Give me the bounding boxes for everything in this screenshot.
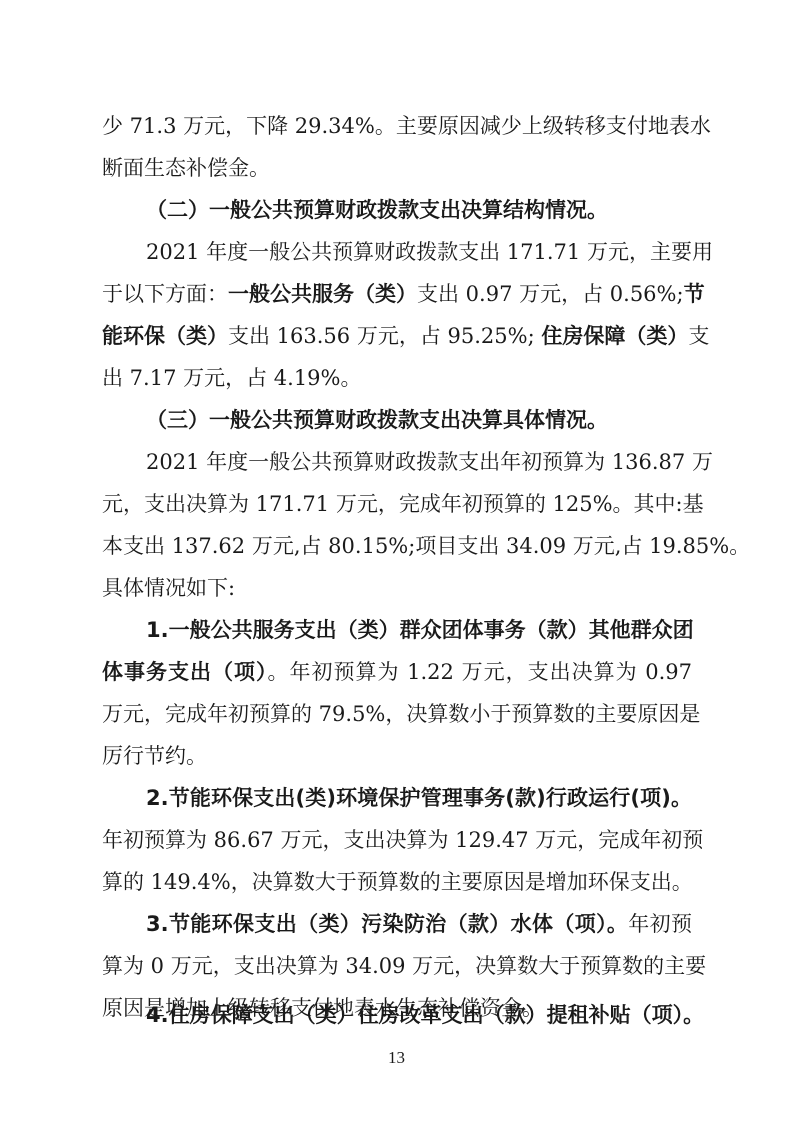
text-run: 于以下方面： <box>102 282 228 306</box>
category-label-housing: 住房保障（类） <box>541 324 688 348</box>
item-heading-3: 3.节能环保支出（类）污染防治（款）水体（项）。 <box>146 912 628 936</box>
body-text-line: 万元，完成年初预算的 79.5%，决算数小于预算数的主要原因是 <box>102 700 692 728</box>
text-run: 年初预 <box>628 912 692 936</box>
body-text-line: 算为 0 万元，支出决算为 34.09 万元，决算数大于预算数的主要 <box>102 952 692 980</box>
item-heading-2: 2.节能环保支出(类)环境保护管理事务(款)行政运行(项)。 <box>146 784 692 812</box>
body-text-line: 能环保（类）支出 163.56 万元，占 95.25%; 住房保障（类）支 <box>102 322 692 350</box>
section-heading-details: （三）一般公共预算财政拨款支出决算具体情况。 <box>146 406 692 434</box>
body-text-line: 2021 年度一般公共预算财政拨款支出 171.71 万元，主要用 <box>146 238 692 266</box>
body-text-line: 3.节能环保支出（类）污染防治（款）水体（项）。年初预 <box>146 910 692 938</box>
category-label-general-public-services: 一般公共服务（类） <box>228 282 417 306</box>
body-text-line: 元，支出决算为 171.71 万元，完成年初预算的 125%。其中:基 <box>102 490 692 518</box>
body-text-line: 本支出 137.62 万元,占 80.15%;项目支出 34.09 万元,占 1… <box>102 532 692 560</box>
body-text-line: 2021 年度一般公共预算财政拨款支出年初预算为 136.87 万 <box>146 448 692 476</box>
section-heading-structure: （二）一般公共预算财政拨款支出决算结构情况。 <box>146 196 692 224</box>
body-text-line: 具体情况如下: <box>102 574 692 602</box>
body-text-line: 体事务支出（项）。年初预算为 1.22 万元，支出决算为 0.97 <box>102 658 692 686</box>
body-text-line: 于以下方面：一般公共服务（类）支出 0.97 万元，占 0.56%;节 <box>102 280 692 308</box>
text-run: 出 7.17 万元，占 4.19%。 <box>102 366 362 390</box>
text-run: 支 <box>688 324 709 348</box>
item-heading-1: 1.一般公共服务支出（类）群众团体事务（款）其他群众团 <box>146 616 692 644</box>
page-number: 13 <box>0 1048 793 1068</box>
category-label-energy-env-part: 能环保（类） <box>102 324 228 348</box>
body-text-line: 年初预算为 86.67 万元，支出决算为 129.47 万元，完成年初预 <box>102 826 692 854</box>
body-text-line: 算的 149.4%，决算数大于预算数的主要原因是增加环保支出。 <box>102 868 692 896</box>
category-label-energy-env-part: 节 <box>684 282 705 306</box>
document-page: 少 71.3 万元，下降 29.34%。主要原因减少上级转移支付地表水 断面生态… <box>0 0 793 1122</box>
body-text-line: 断面生态补偿金。 <box>102 154 692 182</box>
text-run: 支出 0.97 万元，占 0.56%; <box>417 282 684 306</box>
text-run: 支出 163.56 万元，占 95.25%; <box>228 324 541 348</box>
item-heading-1-cont: 体事务支出（项） <box>102 660 267 684</box>
text-run: 2021 年度一般公共预算财政拨款支出 171.71 万元，主要用 <box>146 240 713 264</box>
body-text-line: 少 71.3 万元，下降 29.34%。主要原因减少上级转移支付地表水 <box>102 112 692 140</box>
body-text-line: 厉行节约。 <box>102 742 692 770</box>
item-heading-4: 4.住房保障支出（类）住房改革支出（款）提租补贴（项）。 <box>146 1001 692 1029</box>
body-text-line: 出 7.17 万元，占 4.19%。 <box>102 364 692 392</box>
text-run: 。年初预算为 1.22 万元，支出决算为 0.97 <box>267 660 692 684</box>
